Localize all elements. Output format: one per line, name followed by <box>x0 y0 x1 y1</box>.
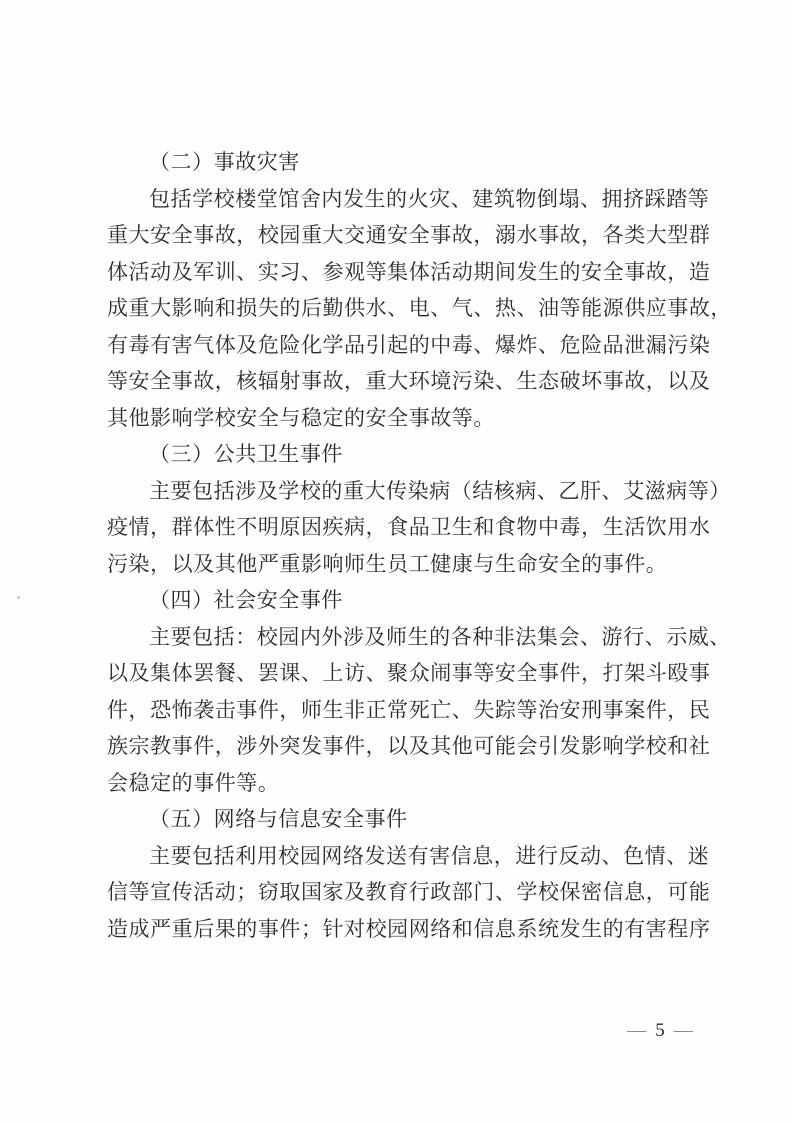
text-line: 疫情，群体性不明原因疾病，食品卫生和食物中毒，生活饮用水 <box>107 509 695 546</box>
text-line: 主要包括利用校园网络发送有害信息，进行反动、色情、迷 <box>107 838 695 875</box>
text-line: 主要包括：校园内外涉及师生的各种非法集会、游行、示威、 <box>107 619 695 656</box>
text-line: 体活动及军训、实习、参观等集体活动期间发生的安全事故，造 <box>107 254 695 291</box>
text-line: 造成严重后果的事件；针对校园网络和信息系统发生的有害程序 <box>107 911 695 948</box>
page-number: 5 <box>655 1020 665 1041</box>
text-line: 信等宣传活动；窃取国家及教育行政部门、学校保密信息，可能 <box>107 874 695 911</box>
section-heading: （五）网络与信息安全事件 <box>107 801 695 838</box>
text-line: 以及集体罢餐、罢课、上访、聚众闹事等安全事件，打架斗殴事 <box>107 655 695 692</box>
text-line: 族宗教事件，涉外突发事件，以及其他可能会引发影响学校和社 <box>107 728 695 765</box>
text-line: 件，恐怖袭击事件，师生非正常死亡、失踪等治安刑事案件，民 <box>107 692 695 729</box>
page-footer: —5— <box>612 1019 708 1043</box>
text-line: 成重大影响和损失的后勤供水、电、气、热、油等能源供应事故， <box>107 290 695 327</box>
section-heading: （四）社会安全事件 <box>107 582 695 619</box>
section-heading: （二）事故灾害 <box>107 144 695 181</box>
footer-dash-right: — <box>674 1020 693 1041</box>
document-body: （二）事故灾害包括学校楼堂馆舍内发生的火灾、建筑物倒塌、拥挤踩踏等重大安全事故，… <box>107 144 695 947</box>
text-line: 包括学校楼堂馆舍内发生的火灾、建筑物倒塌、拥挤踩踏等 <box>107 181 695 218</box>
scan-artifact-speck <box>17 596 20 599</box>
text-line: 等安全事故，核辐射事故，重大环境污染、生态破坏事故，以及 <box>107 363 695 400</box>
footer-dash-left: — <box>627 1020 646 1041</box>
scanned-document-page: （二）事故灾害包括学校楼堂馆舍内发生的火灾、建筑物倒塌、拥挤踩踏等重大安全事故，… <box>0 0 793 1122</box>
text-line: 其他影响学校安全与稳定的安全事故等。 <box>107 400 695 437</box>
section-heading: （三）公共卫生事件 <box>107 436 695 473</box>
text-line: 会稳定的事件等。 <box>107 765 695 802</box>
text-line: 污染，以及其他严重影响师生员工健康与生命安全的事件。 <box>107 546 695 583</box>
text-line: 重大安全事故，校园重大交通安全事故，溺水事故，各类大型群 <box>107 217 695 254</box>
text-line: 有毒有害气体及危险化学品引起的中毒、爆炸、危险品泄漏污染 <box>107 327 695 364</box>
text-line: 主要包括涉及学校的重大传染病（结核病、乙肝、艾滋病等） <box>107 473 695 510</box>
